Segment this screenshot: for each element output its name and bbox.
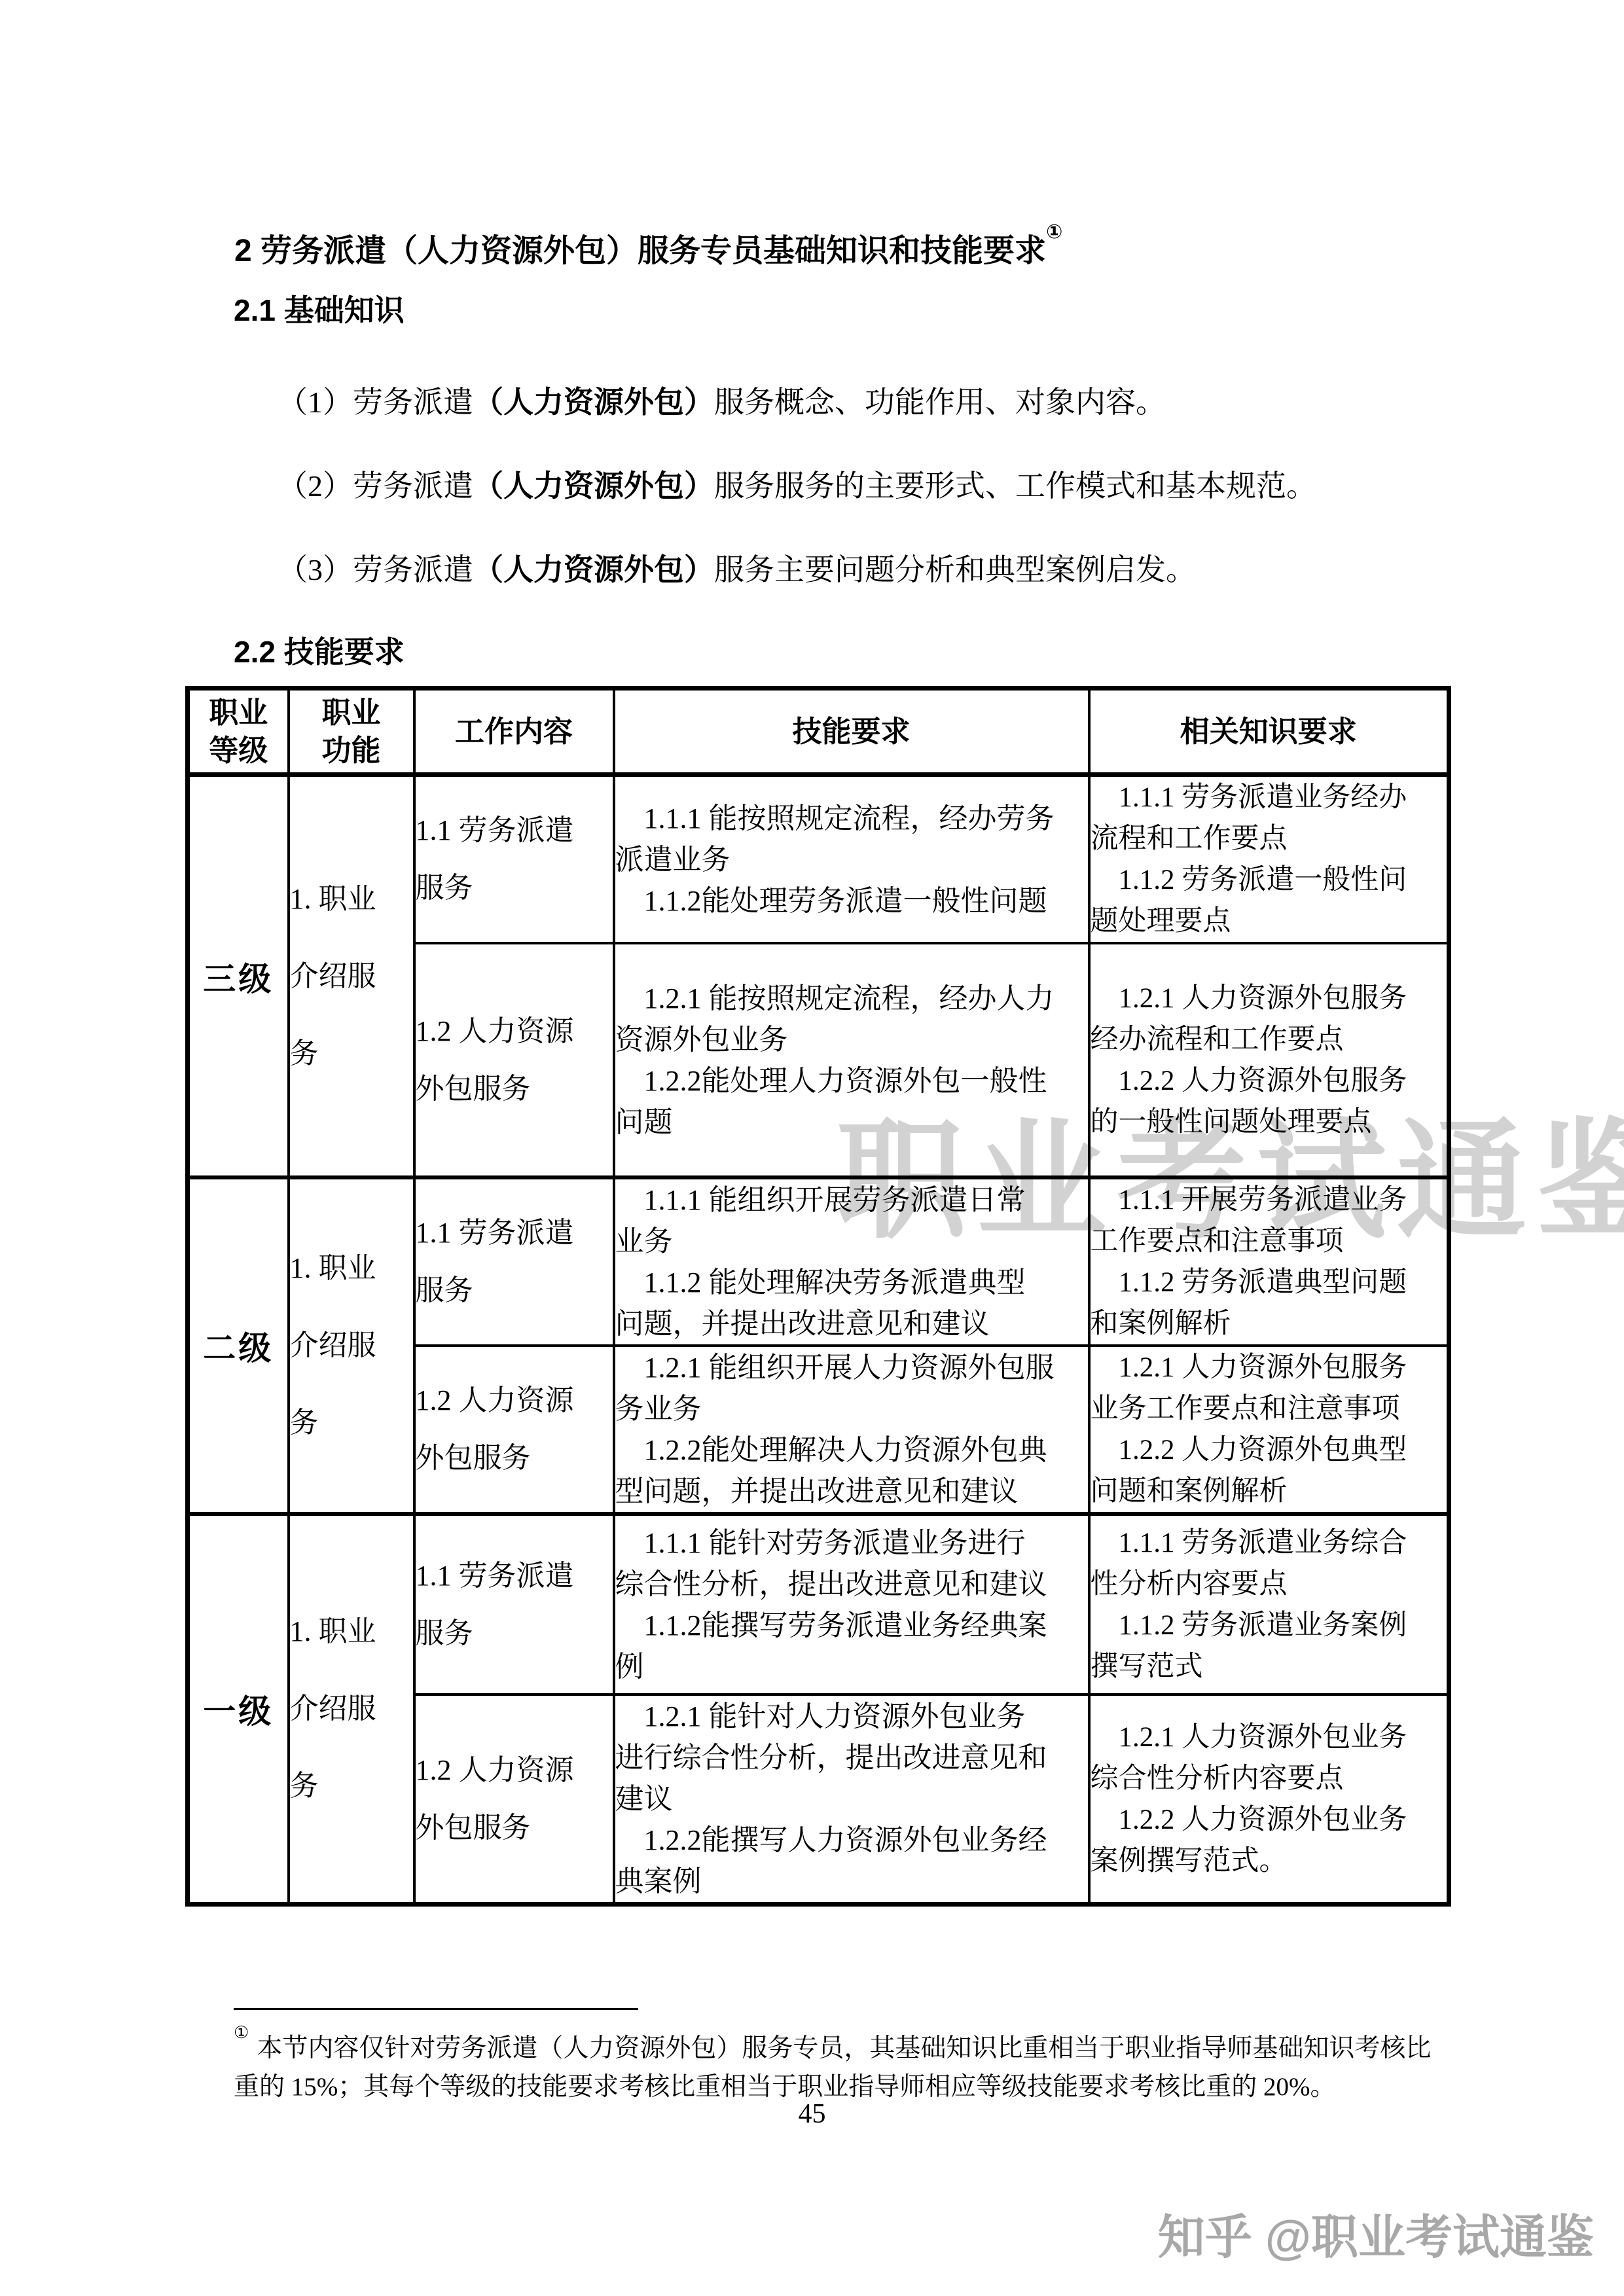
work-cell: 1.1 劳务派遣 服务	[414, 775, 614, 944]
work-cell: 1.2 人力资源 外包服务	[414, 1695, 614, 1905]
knowledge-cell: 1.1.1 开展劳务派遣业务 工作要点和注意事项 1.1.2 劳务派遣典型问题 …	[1089, 1177, 1449, 1346]
footnote-reference-mark: ①	[1046, 221, 1062, 243]
footnote: ①本节内容仅针对劳务派遣（人力资源外包）服务专员，其基础知识比重相当于职业指导师…	[234, 2022, 1477, 2106]
level-cell-2: 二级	[188, 1177, 289, 1514]
function-cell-1: 1. 职业 介绍服 务	[289, 1514, 414, 1905]
footnote-separator	[234, 2008, 638, 2010]
knowledge-cell: 1.2.1 人力资源外包业务 综合性分析内容要点 1.2.2 人力资源外包业务 …	[1089, 1695, 1449, 1905]
knowledge-cell: 1.1.1 劳务派遣业务经办 流程和工作要点 1.1.2 劳务派遣一般性问 题处…	[1089, 775, 1449, 944]
document-page: 职业考试通鉴 2 劳务派遣（人力资源外包）服务专员基础知识和技能要求① 2.1 …	[0, 0, 1624, 2296]
item-2-lead: （2）劳务派遣	[278, 469, 473, 503]
skill-requirements-table-wrapper: 职业 等级 职业 功能 工作内容 技能要求 相关知识要求 三级 1. 职业 介绍…	[185, 686, 1451, 1907]
work-cell: 1.2 人力资源 外包服务	[414, 943, 614, 1177]
item-1-bold: （人力资源外包）	[473, 385, 714, 419]
knowledge-cell: 1.2.1 人力资源外包服务 业务工作要点和注意事项 1.2.2 人力资源外包典…	[1089, 1346, 1449, 1514]
footnote-text: 本节内容仅针对劳务派遣（人力资源外包）服务专员，其基础知识比重相当于职业指导师基…	[234, 2034, 1431, 2101]
header-occupation-level: 职业 等级	[188, 689, 289, 775]
knowledge-cell: 1.1.1 劳务派遣业务综合 性分析内容要点 1.1.2 劳务派遣业务案例 撰写…	[1089, 1514, 1449, 1695]
work-cell: 1.2 人力资源 外包服务	[414, 1346, 614, 1514]
skills-cell: 1.2.1 能针对人力资源外包业务 进行综合性分析，提出改进意见和 建议 1.2…	[614, 1695, 1089, 1905]
work-cell: 1.1 劳务派遣 服务	[414, 1514, 614, 1695]
table-row: 二级 1. 职业 介绍服 务 1.1 劳务派遣 服务 1.1.1 能组织开展劳务…	[188, 1177, 1449, 1346]
header-skill-requirements: 技能要求	[614, 689, 1089, 775]
page-title: 2 劳务派遣（人力资源外包）服务专员基础知识和技能要求①	[234, 225, 1062, 270]
item-3-bold: （人力资源外包）	[473, 552, 714, 586]
item-2-bold: （人力资源外包）	[473, 469, 714, 503]
table-header-row: 职业 等级 职业 功能 工作内容 技能要求 相关知识要求	[188, 689, 1449, 775]
item-1-lead: （1）劳务派遣	[278, 386, 473, 419]
skills-cell: 1.2.1 能组织开展人力资源外包服 务业务 1.2.2能处理解决人力资源外包典…	[614, 1346, 1089, 1514]
basic-knowledge-item-2: （2）劳务派遣（人力资源外包）服务服务的主要形式、工作模式和基本规范。	[278, 462, 1316, 505]
work-cell: 1.1 劳务派遣 服务	[414, 1177, 614, 1346]
item-1-rest: 服务概念、功能作用、对象内容。	[714, 386, 1166, 419]
function-cell-3: 1. 职业 介绍服 务	[289, 775, 414, 1178]
item-2-rest: 服务服务的主要形式、工作模式和基本规范。	[714, 469, 1316, 503]
item-3-lead: （3）劳务派遣	[278, 553, 473, 586]
page-title-text: 2 劳务派遣（人力资源外包）服务专员基础知识和技能要求	[234, 234, 1046, 268]
level-cell-3: 三级	[188, 775, 289, 1178]
skills-cell: 1.2.1 能按照规定流程，经办人力 资源外包业务 1.2.2能处理人力资源外包…	[614, 943, 1089, 1177]
header-occupation-function: 职业 功能	[289, 689, 414, 775]
header-work-content: 工作内容	[414, 689, 614, 775]
skills-cell: 1.1.1 能组织开展劳务派遣日常 业务 1.1.2 能处理解决劳务派遣典型 问…	[614, 1177, 1089, 1346]
table-row: 一级 1. 职业 介绍服 务 1.1 劳务派遣 服务 1.1.1 能针对劳务派遣…	[188, 1514, 1449, 1695]
skills-cell: 1.1.1 能按照规定流程，经办劳务 派遣业务 1.1.2能处理劳务派遣一般性问…	[614, 775, 1089, 944]
watermark-bottom-right: 知乎 @职业考试通鉴	[1158, 2199, 1594, 2267]
footnote-marker: ①	[234, 2023, 249, 2042]
table-row: 三级 1. 职业 介绍服 务 1.1 劳务派遣 服务 1.1.1 能按照规定流程…	[188, 775, 1449, 944]
header-related-knowledge: 相关知识要求	[1089, 689, 1449, 775]
basic-knowledge-item-1: （1）劳务派遣（人力资源外包）服务概念、功能作用、对象内容。	[278, 378, 1166, 422]
skill-requirements-table: 职业 等级 职业 功能 工作内容 技能要求 相关知识要求 三级 1. 职业 介绍…	[185, 686, 1451, 1907]
section-heading-basic-knowledge: 2.1 基础知识	[234, 287, 405, 330]
basic-knowledge-item-3: （3）劳务派遣（人力资源外包）服务主要问题分析和典型案例启发。	[278, 546, 1196, 589]
function-cell-2: 1. 职业 介绍服 务	[289, 1177, 414, 1514]
knowledge-cell: 1.2.1 人力资源外包服务 经办流程和工作要点 1.2.2 人力资源外包服务 …	[1089, 943, 1449, 1177]
skills-cell: 1.1.1 能针对劳务派遣业务进行 综合性分析，提出改进意见和建议 1.1.2能…	[614, 1514, 1089, 1695]
level-cell-1: 一级	[188, 1514, 289, 1905]
section-heading-skill-requirements: 2.2 技能要求	[234, 628, 405, 672]
item-3-rest: 服务主要问题分析和典型案例启发。	[714, 553, 1196, 586]
page-number: 45	[0, 2098, 1624, 2130]
